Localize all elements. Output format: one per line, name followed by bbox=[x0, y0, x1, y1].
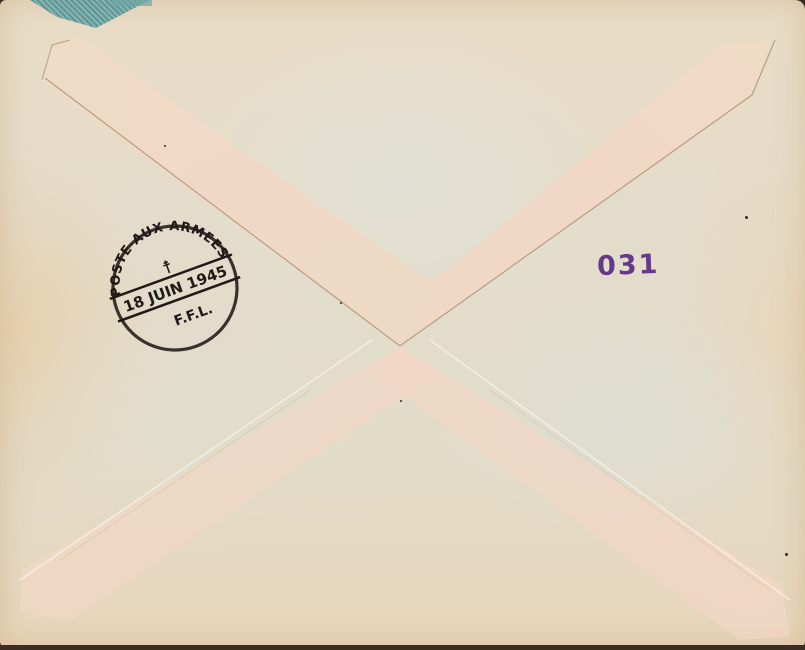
top-flap-right-tape bbox=[400, 40, 770, 346]
cross-of-lorraine-icon: ☨ bbox=[159, 256, 175, 279]
postmark-circle: POSTE AUX ARMEES ☨ 18 JUIN 1945 F.F.L. bbox=[95, 218, 255, 358]
postmark: POSTE AUX ARMEES ☨ 18 JUIN 1945 F.F.L. bbox=[95, 218, 255, 358]
speck bbox=[400, 400, 402, 402]
bottom-right-tape bbox=[372, 346, 790, 640]
speck bbox=[785, 553, 788, 556]
postmark-bottom-text: F.F.L. bbox=[172, 301, 215, 330]
envelope-photo: POSTE AUX ARMEES ☨ 18 JUIN 1945 F.F.L. 0… bbox=[0, 0, 805, 650]
speck bbox=[164, 145, 166, 147]
handstamp-number: 031 bbox=[596, 249, 659, 282]
speck bbox=[745, 216, 748, 219]
speck bbox=[340, 302, 342, 304]
bottom-left-tape bbox=[20, 346, 440, 620]
